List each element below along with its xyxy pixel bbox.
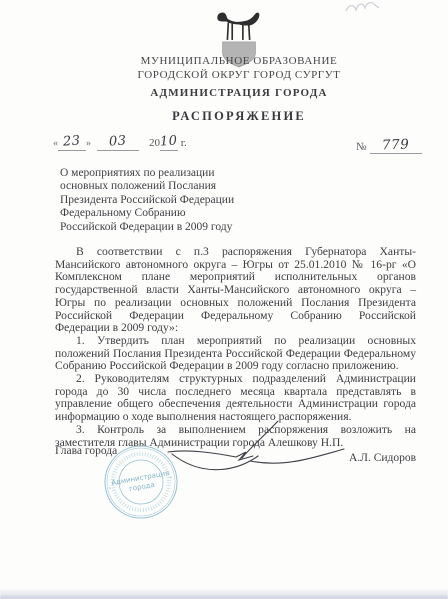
year-suffix: г. [181, 137, 187, 149]
signature-zigzag [236, 452, 253, 460]
document-type-title: РАСПОРЯЖЕНИЕ [30, 109, 448, 124]
signature-flourish [242, 421, 278, 458]
org-line1: МУНИЦИПАЛЬНОЕ ОБРАЗОВАНИЕ [30, 55, 448, 69]
subject-line: Российской Федерации в 2009 году [60, 221, 234, 234]
signature-arc [172, 454, 258, 470]
administration-title: АДМИНИСТРАЦИЯ ГОРОДА [30, 87, 448, 99]
org-name-block: МУНИЦИПАЛЬНОЕ ОБРАЗОВАНИЕ ГОРОДСКОЙ ОКРУ… [30, 55, 448, 82]
signature-lead [168, 451, 236, 457]
signature-underline [250, 449, 344, 463]
org-line2: ГОРОДСКОЙ ОКРУГ ГОРОД СУРГУТ [30, 69, 448, 83]
handwritten-year: 10 [160, 133, 179, 149]
month-blank: 03 [97, 135, 139, 151]
fox-silhouette [217, 12, 259, 25]
handwritten-day: 23 [63, 133, 82, 149]
handwritten-signature [145, 408, 360, 483]
number-sign: № [356, 141, 367, 153]
year-blank: 10 [160, 135, 178, 151]
paragraph-item-1: 1. Утвердить план мероприятий по реализа… [55, 335, 416, 373]
document-page: МУНИЦИПАЛЬНОЕ ОБРАЗОВАНИЕ ГОРОДСКОЙ ОКРУ… [0, 0, 448, 599]
number-blank: 779 [370, 138, 422, 154]
day-blank: 23 [58, 135, 86, 151]
pencil-squiggle-path [346, 3, 379, 11]
scan-edge-shadow [0, 588, 448, 599]
quote-close: » [86, 138, 91, 149]
year-prefix: 20 [149, 137, 160, 149]
number-line: №779 [356, 138, 422, 154]
subject-line: основных положений Послания [60, 180, 234, 193]
subject-block: О мероприятиях по реализации основных по… [60, 167, 234, 234]
pencil-squiggle-mark [342, 0, 402, 16]
handwritten-month: 03 [109, 133, 128, 149]
subject-line: Президента Российской Федерации [60, 194, 234, 207]
handwritten-number: 779 [382, 137, 410, 154]
subject-line: Федеральному Собранию [60, 207, 234, 220]
date-line: «23»032010 г. [53, 135, 187, 151]
subject-line: О мероприятиях по реализации [60, 167, 234, 180]
paragraph-intro: В соответствии с п.3 распоряжения Губерн… [55, 246, 416, 335]
